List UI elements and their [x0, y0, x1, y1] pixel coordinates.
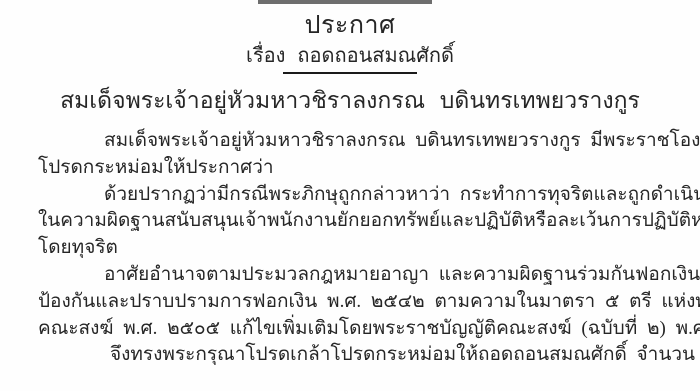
cropped-emblem-bar	[258, 0, 432, 4]
paragraph-line: ในความผิดฐานสนับสนุนเจ้าพนักงานยักยอกทรั…	[38, 208, 684, 235]
document-subject: เรื่อง ถอดถอนสมณศักดิ์	[0, 43, 700, 69]
paragraph-line: ด้วยปรากฏว่ามีกรณีพระภิกษุถูกกล่าวหาว่า …	[38, 182, 684, 209]
gazette-document-page: ประกาศ เรื่อง ถอดถอนสมณศักดิ์ สมเด็จพระเ…	[0, 0, 700, 391]
paragraph-line: จึงทรงพระกรุณาโปรดเกล้าโปรดกระหม่อมให้ถอ…	[38, 342, 684, 369]
paragraph-line: โดยทุจริต	[38, 235, 684, 262]
paragraph-line: ป้องกันและปราบปรามการฟอกเงิน พ.ศ. ๒๕๔๒ ต…	[38, 289, 684, 316]
paragraph-line: คณะสงฆ์ พ.ศ. ๒๕๐๕ แก้ไขเพิ่มเติมโดยพระรา…	[38, 316, 684, 343]
royal-name-heading: สมเด็จพระเจ้าอยู่หัวมหาวชิราลงกรณ บดินทร…	[0, 84, 700, 118]
divider-rule	[283, 72, 417, 74]
paragraph-line: โปรดกระหม่อมให้ประกาศว่า	[38, 155, 684, 182]
document-body: สมเด็จพระเจ้าอยู่หัวมหาวชิราลงกรณ บดินทร…	[38, 128, 684, 369]
paragraph-line: สมเด็จพระเจ้าอยู่หัวมหาวชิราลงกรณ บดินทร…	[38, 128, 684, 155]
paragraph-line: อาศัยอำนาจตามประมวลกฎหมายอาญา และความผิด…	[38, 262, 684, 289]
document-title: ประกาศ	[0, 10, 700, 42]
